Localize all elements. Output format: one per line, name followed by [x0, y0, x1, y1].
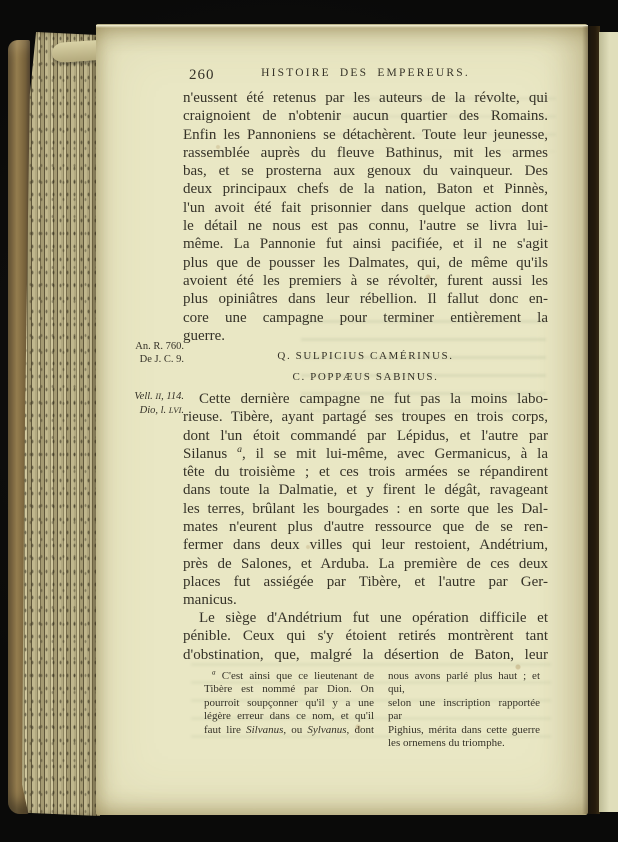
text-line: près de Salones, et Arduba. La première … [183, 555, 548, 573]
text-line: craignoient de n'obtenir aucun quartier … [183, 107, 548, 125]
footnote-line: les ornemens du triomphe. [388, 737, 540, 750]
text-line: l'un avoit été fait prisonnier dans quel… [183, 199, 548, 217]
text-line: plus que de pousser les Dalmates, qui, d… [183, 254, 548, 272]
text-line: fermer dans deux villes qui leur restoie… [183, 536, 548, 554]
facing-page-edge [599, 32, 618, 812]
footnote-left-column: a C'est ainsi que ce lieutenant deTibère… [204, 670, 374, 737]
text-line: core une campagne pour terminer entièrem… [183, 309, 548, 327]
footnote-right-column: nous avons parlé plus haut ; et qui,selo… [388, 670, 540, 750]
text-line: n'eussent été retenus par les auteurs de… [183, 89, 548, 107]
consul-name: Q. SULPICIUS CAMÉRINUS. [183, 350, 548, 362]
margin-note-line: An. R. 760. [114, 341, 184, 354]
margin-note-line: Vell. II, 114. [114, 390, 184, 404]
text-line: pénible. Ceux qui s'y étoient retirés mo… [183, 627, 548, 645]
text-line: d'obstination, que, malgré la désertion … [183, 646, 548, 664]
text-line: bas, et se prosterna aux genoux du vainq… [183, 162, 548, 180]
text-line: dans toute la Dalmatie, et y firent le d… [183, 481, 548, 499]
text-line: rassemblée auprès du fleuve Bathinus, mi… [183, 144, 548, 162]
margin-note-year: An. R. 760.De J. C. 9. [114, 341, 184, 366]
text-line: plus opiniâtres dans leur rébellion. Il … [183, 290, 548, 308]
footnote-line: Pighius, mérita dans cette guerre [388, 724, 540, 737]
book-photograph: { "colors": { "paper": "#e9e7c4", "ink":… [0, 0, 618, 842]
margin-note-line: Dio, l. LVI. [114, 404, 184, 418]
page-stack-edges [22, 32, 100, 816]
consuls-heading: Q. SULPICIUS CAMÉRINUS.C. POPPÆUS SABINU… [183, 350, 548, 392]
text-line: même. La Pannonie fut ainsi pacifiée, et… [183, 235, 548, 253]
text-line: les terres, brûlant les bourgades : en s… [183, 500, 548, 518]
page-number: 260 [189, 67, 215, 84]
paragraph-revolt: n'eussent été retenus par les auteurs de… [183, 89, 548, 345]
text-line: le détail ne nous est pas connu, l'autre… [183, 217, 548, 235]
consul-name: C. POPPÆUS SABINUS. [183, 371, 548, 383]
footnote-line: Tibère est nommé par Dion. On [204, 683, 374, 696]
text-line: tête du troisième ; et ces trois armées … [183, 463, 548, 481]
text-line: Enfin les Pannoniens se détachèrent. Tou… [183, 126, 548, 144]
text-line: rieuse. Tibère, ayant partagé ses troupe… [183, 408, 548, 426]
margin-note-line: De J. C. 9. [114, 354, 184, 367]
text-line: mates n'eurent plus d'autre ressource qu… [183, 518, 548, 536]
book-page: 260 HISTOIRE DES EMPEREURS. n'eussent ét… [96, 24, 588, 815]
running-title: HISTOIRE DES EMPEREURS. [183, 67, 548, 79]
text-line: dont l'un étoit commandé par Lépidus, et… [183, 427, 548, 445]
footnote-line: faut lire Silvanus, ou Sylvanus, dont [204, 724, 374, 737]
margin-note-sources: Vell. II, 114.Dio, l. LVI. [114, 390, 184, 417]
page-header: 260 HISTOIRE DES EMPEREURS. [183, 67, 548, 79]
footnote-line: selon une inscription rapportée par [388, 697, 540, 724]
footnote-line: nous avons parlé plus haut ; et qui, [388, 670, 540, 697]
book-gutter-shadow [582, 26, 600, 814]
text-line: avoient été les premiers à se révolter, … [183, 272, 548, 290]
text-line: Silanus a, il se mit lui-même, avec Germ… [183, 445, 548, 463]
footnote-line: légère erreur dans ce nom, et qu'il [204, 710, 374, 723]
text-line: Cette dernière campagne ne fut pas la mo… [183, 390, 548, 408]
text-line: places fut assiégée par Tibère, et l'aut… [183, 573, 548, 591]
paragraph-siege: Le siège d'Andétrium fut une opération d… [183, 609, 548, 664]
text-line: manicus. [183, 591, 548, 609]
text-line: guerre. [183, 327, 548, 345]
paragraph-campaign: Cette dernière campagne ne fut pas la mo… [183, 390, 548, 610]
text-line: Le siège d'Andétrium fut une opération d… [183, 609, 548, 627]
footnote-line: a C'est ainsi que ce lieutenant de [204, 670, 374, 683]
footnote-line: pourroit soupçonner qu'il y a une [204, 697, 374, 710]
text-line: deux principaux chefs de la nation, Bato… [183, 180, 548, 198]
